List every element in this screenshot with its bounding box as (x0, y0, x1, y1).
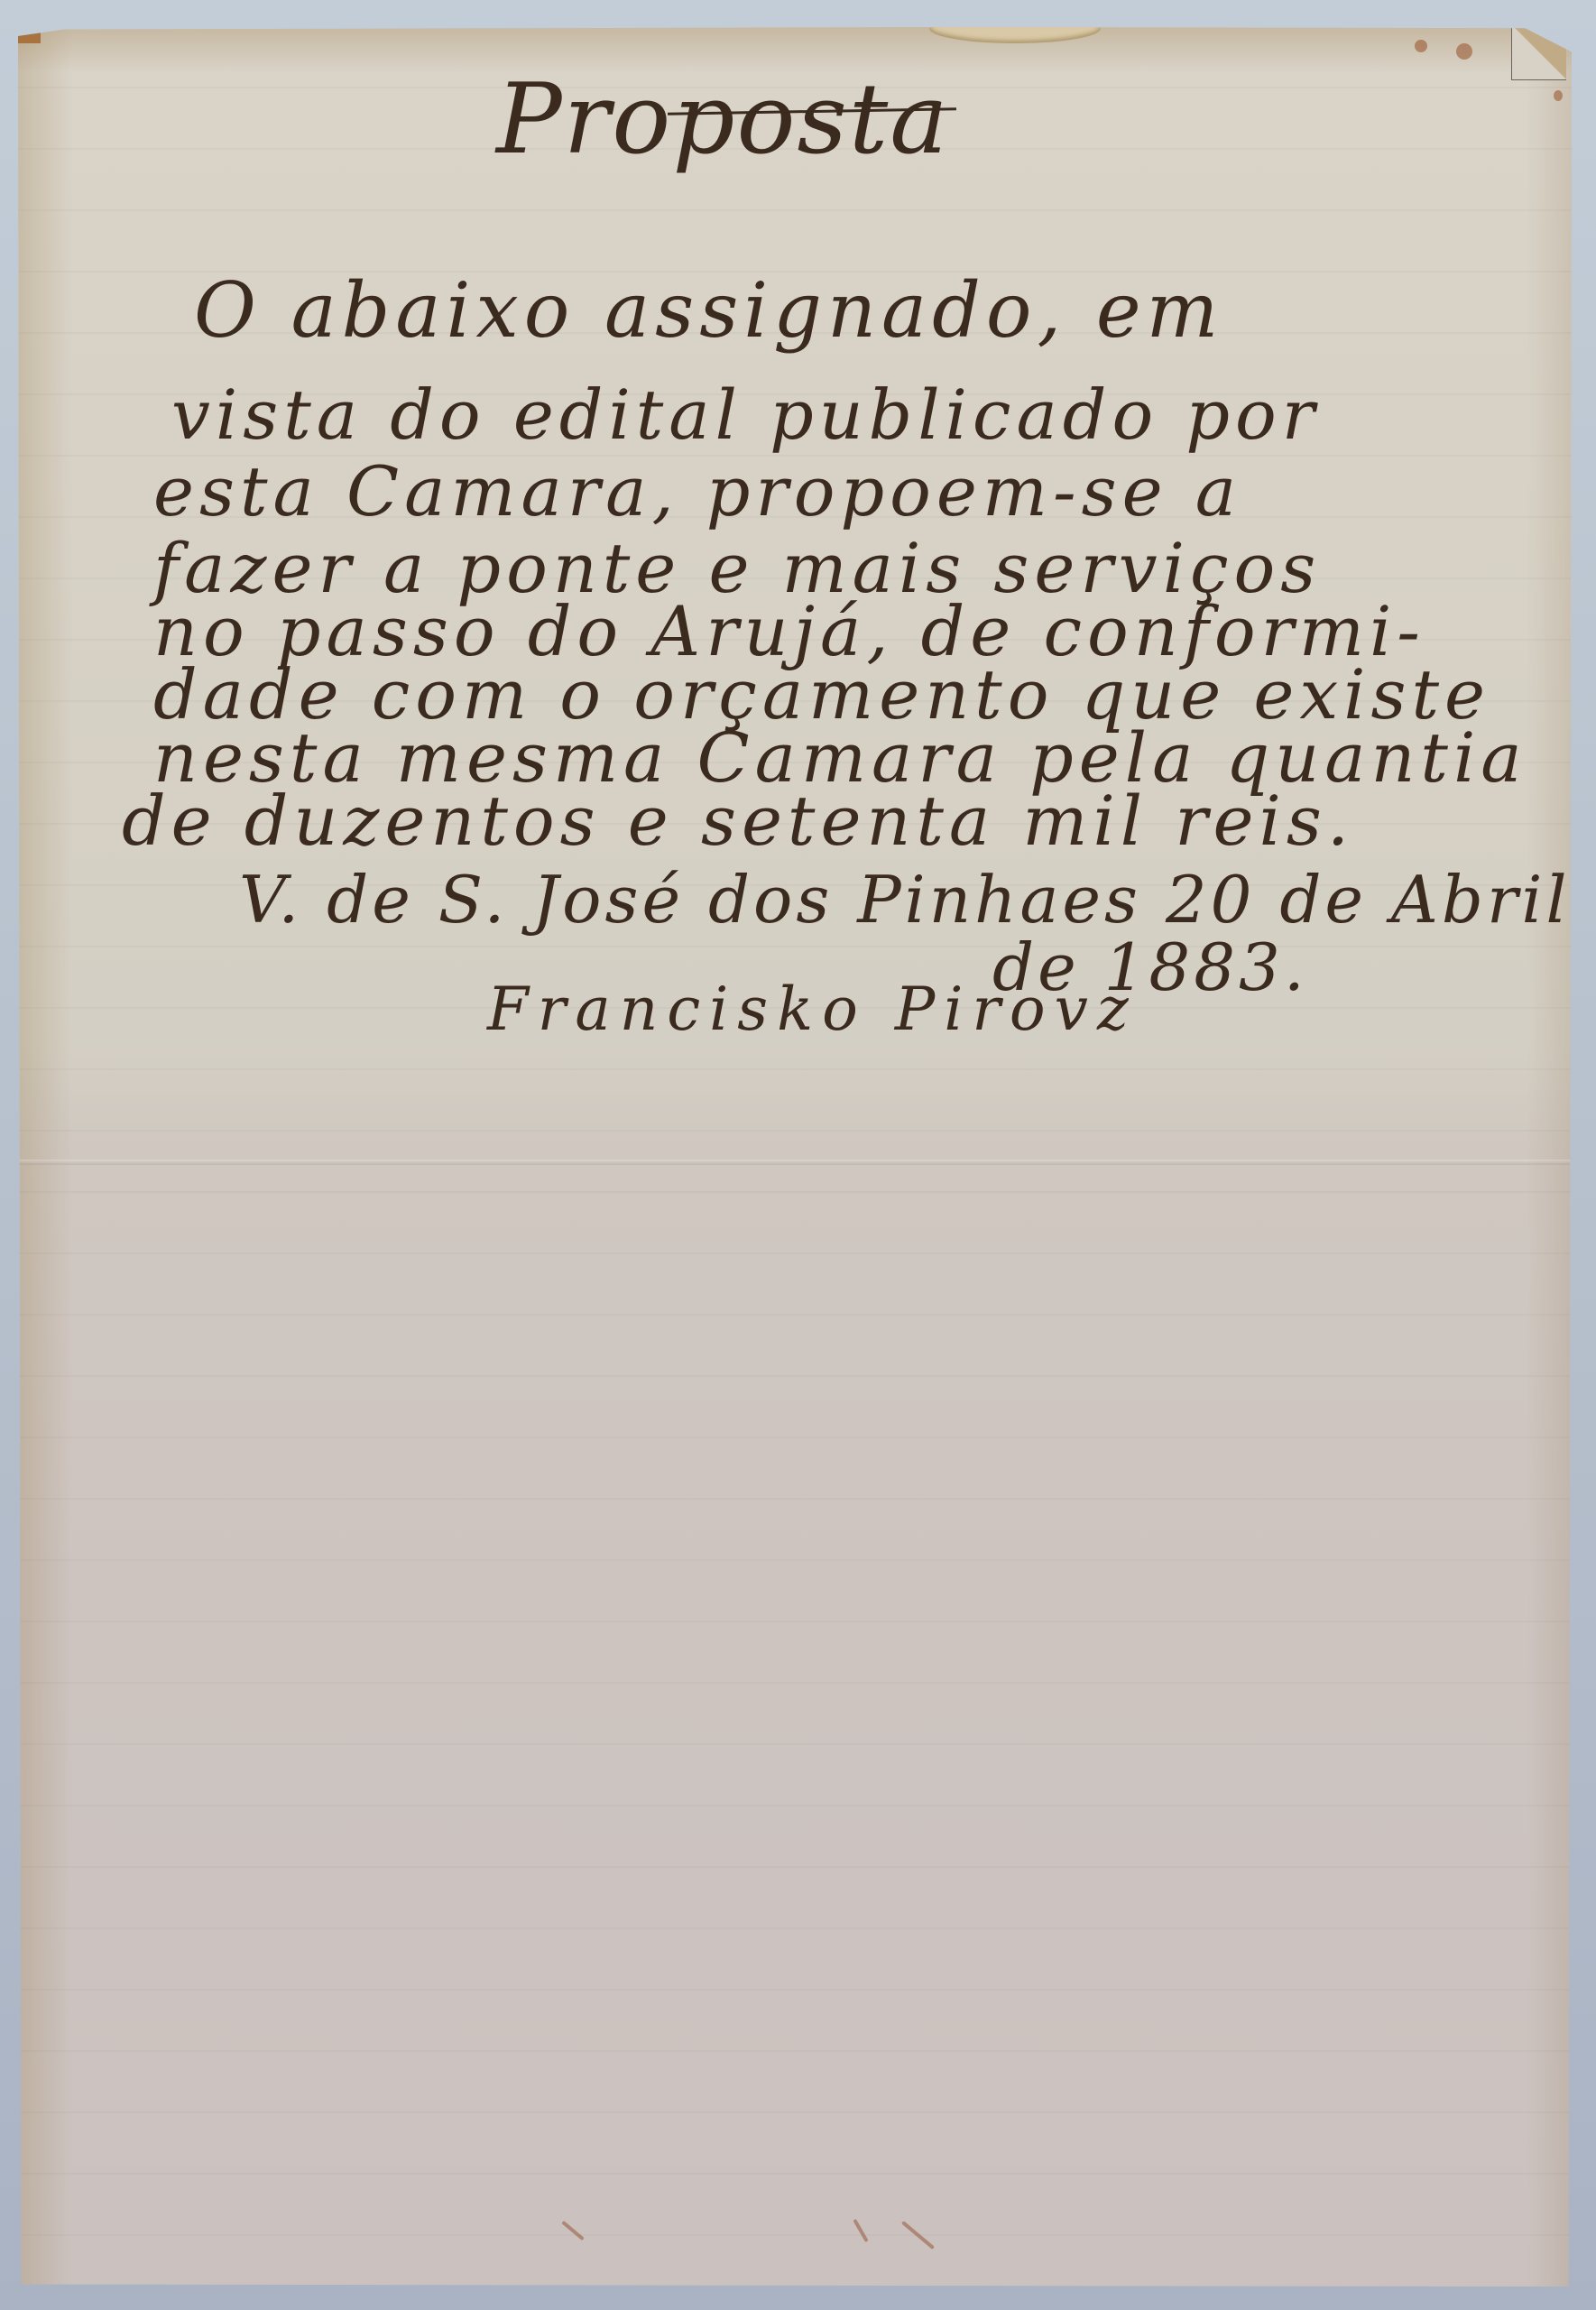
ink-smudge (901, 2221, 935, 2250)
document-title: Proposta (496, 63, 950, 176)
foxing-spot (1554, 90, 1563, 101)
place-date-line: V. de S. José dos Pinhaes 20 de Abril (239, 862, 1570, 938)
ink-smudge (561, 2221, 585, 2241)
foxing-spot (1415, 40, 1427, 52)
body-line-2: vista do edital publicado por (171, 374, 1320, 455)
manuscript-page: Proposta O abaixo assignado, em vista do… (18, 27, 1572, 2287)
body-line-3: esta Camara, propoem-se a (153, 451, 1241, 531)
body-line-8: de duzentos e setenta mil reis. (122, 781, 1354, 861)
paper-fold-line (18, 1160, 1572, 1165)
body-line-1: O abaixo assignado, em (194, 266, 1223, 355)
signature: Francisko Pirovz (487, 975, 1138, 1044)
foxing-spot (1456, 43, 1472, 60)
ink-smudge (853, 2219, 868, 2242)
ruled-lines (18, 27, 1572, 2287)
